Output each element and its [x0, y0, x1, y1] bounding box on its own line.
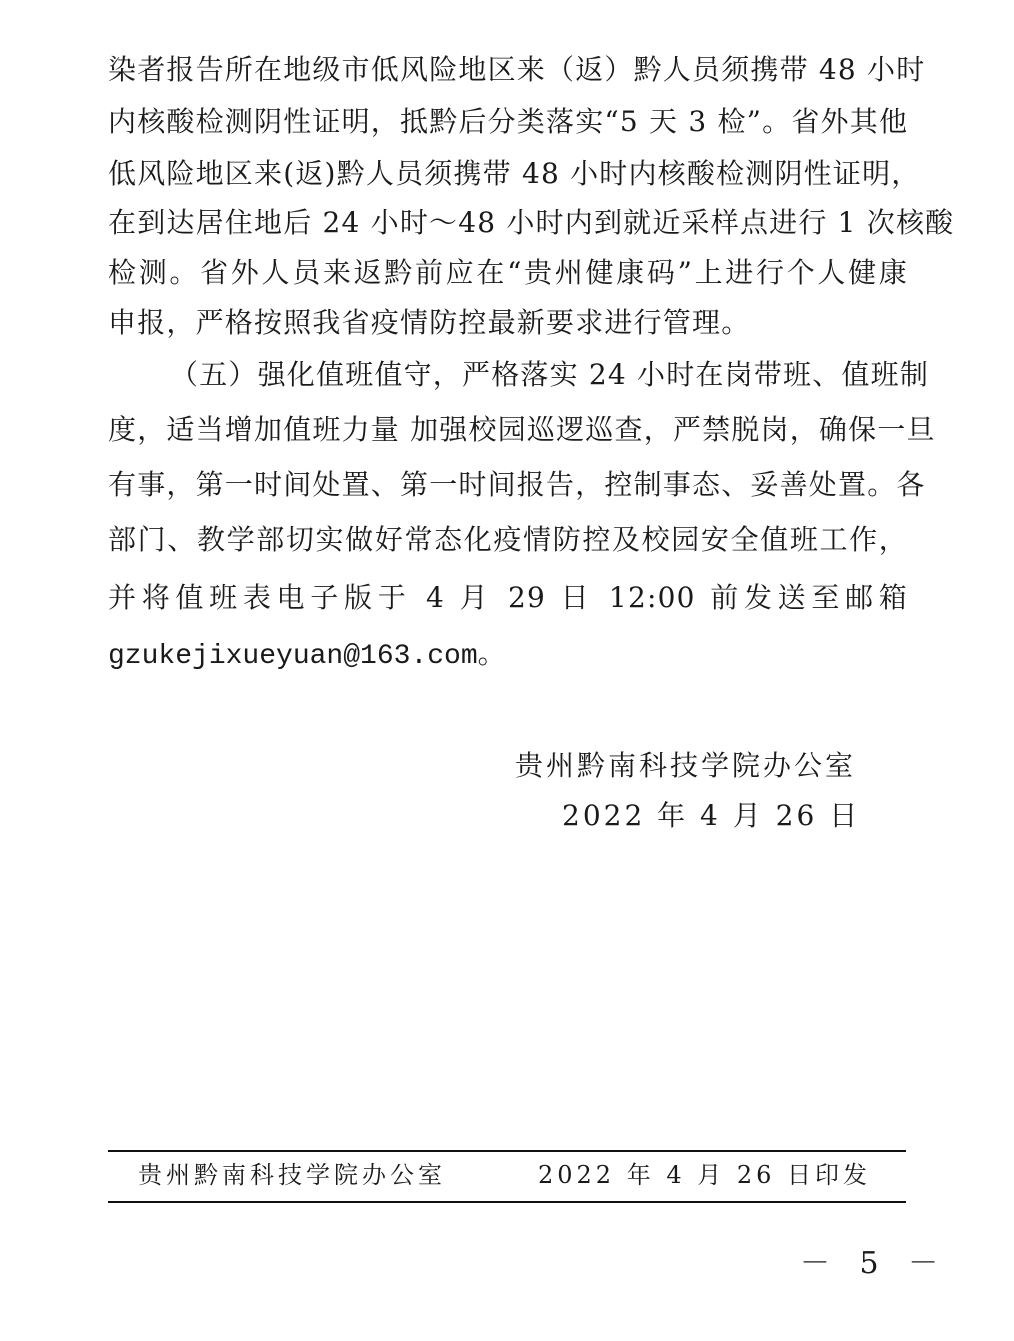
footer-org: 贵州黔南科技学院办公室 — [138, 1158, 446, 1192]
footer-issued-date: 2022 年 4 月 26 日印发 — [538, 1158, 871, 1192]
signature-date: 2022 年 4 月 26 日 — [562, 796, 860, 836]
body-line: 低风险地区来(返)黔人员须携带 48 小时内核酸检测阴性证明， — [108, 154, 908, 194]
email-line: gzukejixueyuan@163.com。 — [108, 637, 908, 677]
page-number: － 5 － — [800, 1244, 948, 1284]
paragraph-heading-line: （五）强化值班值守，严格落实 24 小时在岗带班、值班制 — [170, 355, 908, 395]
footer-top-rule — [108, 1150, 906, 1152]
body-line: 染者报告所在地级市低风险地区来（返）黔人员须携带 48 小时 — [108, 50, 908, 90]
body-line: 申报，严格按照我省疫情防控最新要求进行管理。 — [108, 303, 908, 343]
body-line: 在到达居住地后 24 小时～48 小时内到就近采样点进行 1 次核酸 — [108, 203, 908, 243]
body-line: 并将值班表电子版于 4 月 29 日 12:00 前发送至邮箱 — [108, 578, 908, 618]
body-line: 内核酸检测阴性证明，抵黔后分类落实“5 天 3 检”。省外其他 — [108, 102, 908, 142]
footer-bottom-rule — [108, 1201, 906, 1203]
body-line: 部门、教学部切实做好常态化疫情防控及校园安全值班工作， — [108, 520, 908, 560]
signature-org: 贵州黔南科技学院办公室 — [515, 746, 856, 786]
body-line: 度，适当增加值班力量 加强校园巡逻巡查，严禁脱岗，确保一旦 — [108, 410, 908, 450]
body-line: 检测。省外人员来返黔前应在“贵州健康码”上进行个人健康 — [108, 253, 908, 293]
body-line: 有事，第一时间处置、第一时间报告，控制事态、妥善处置。各 — [108, 465, 908, 505]
